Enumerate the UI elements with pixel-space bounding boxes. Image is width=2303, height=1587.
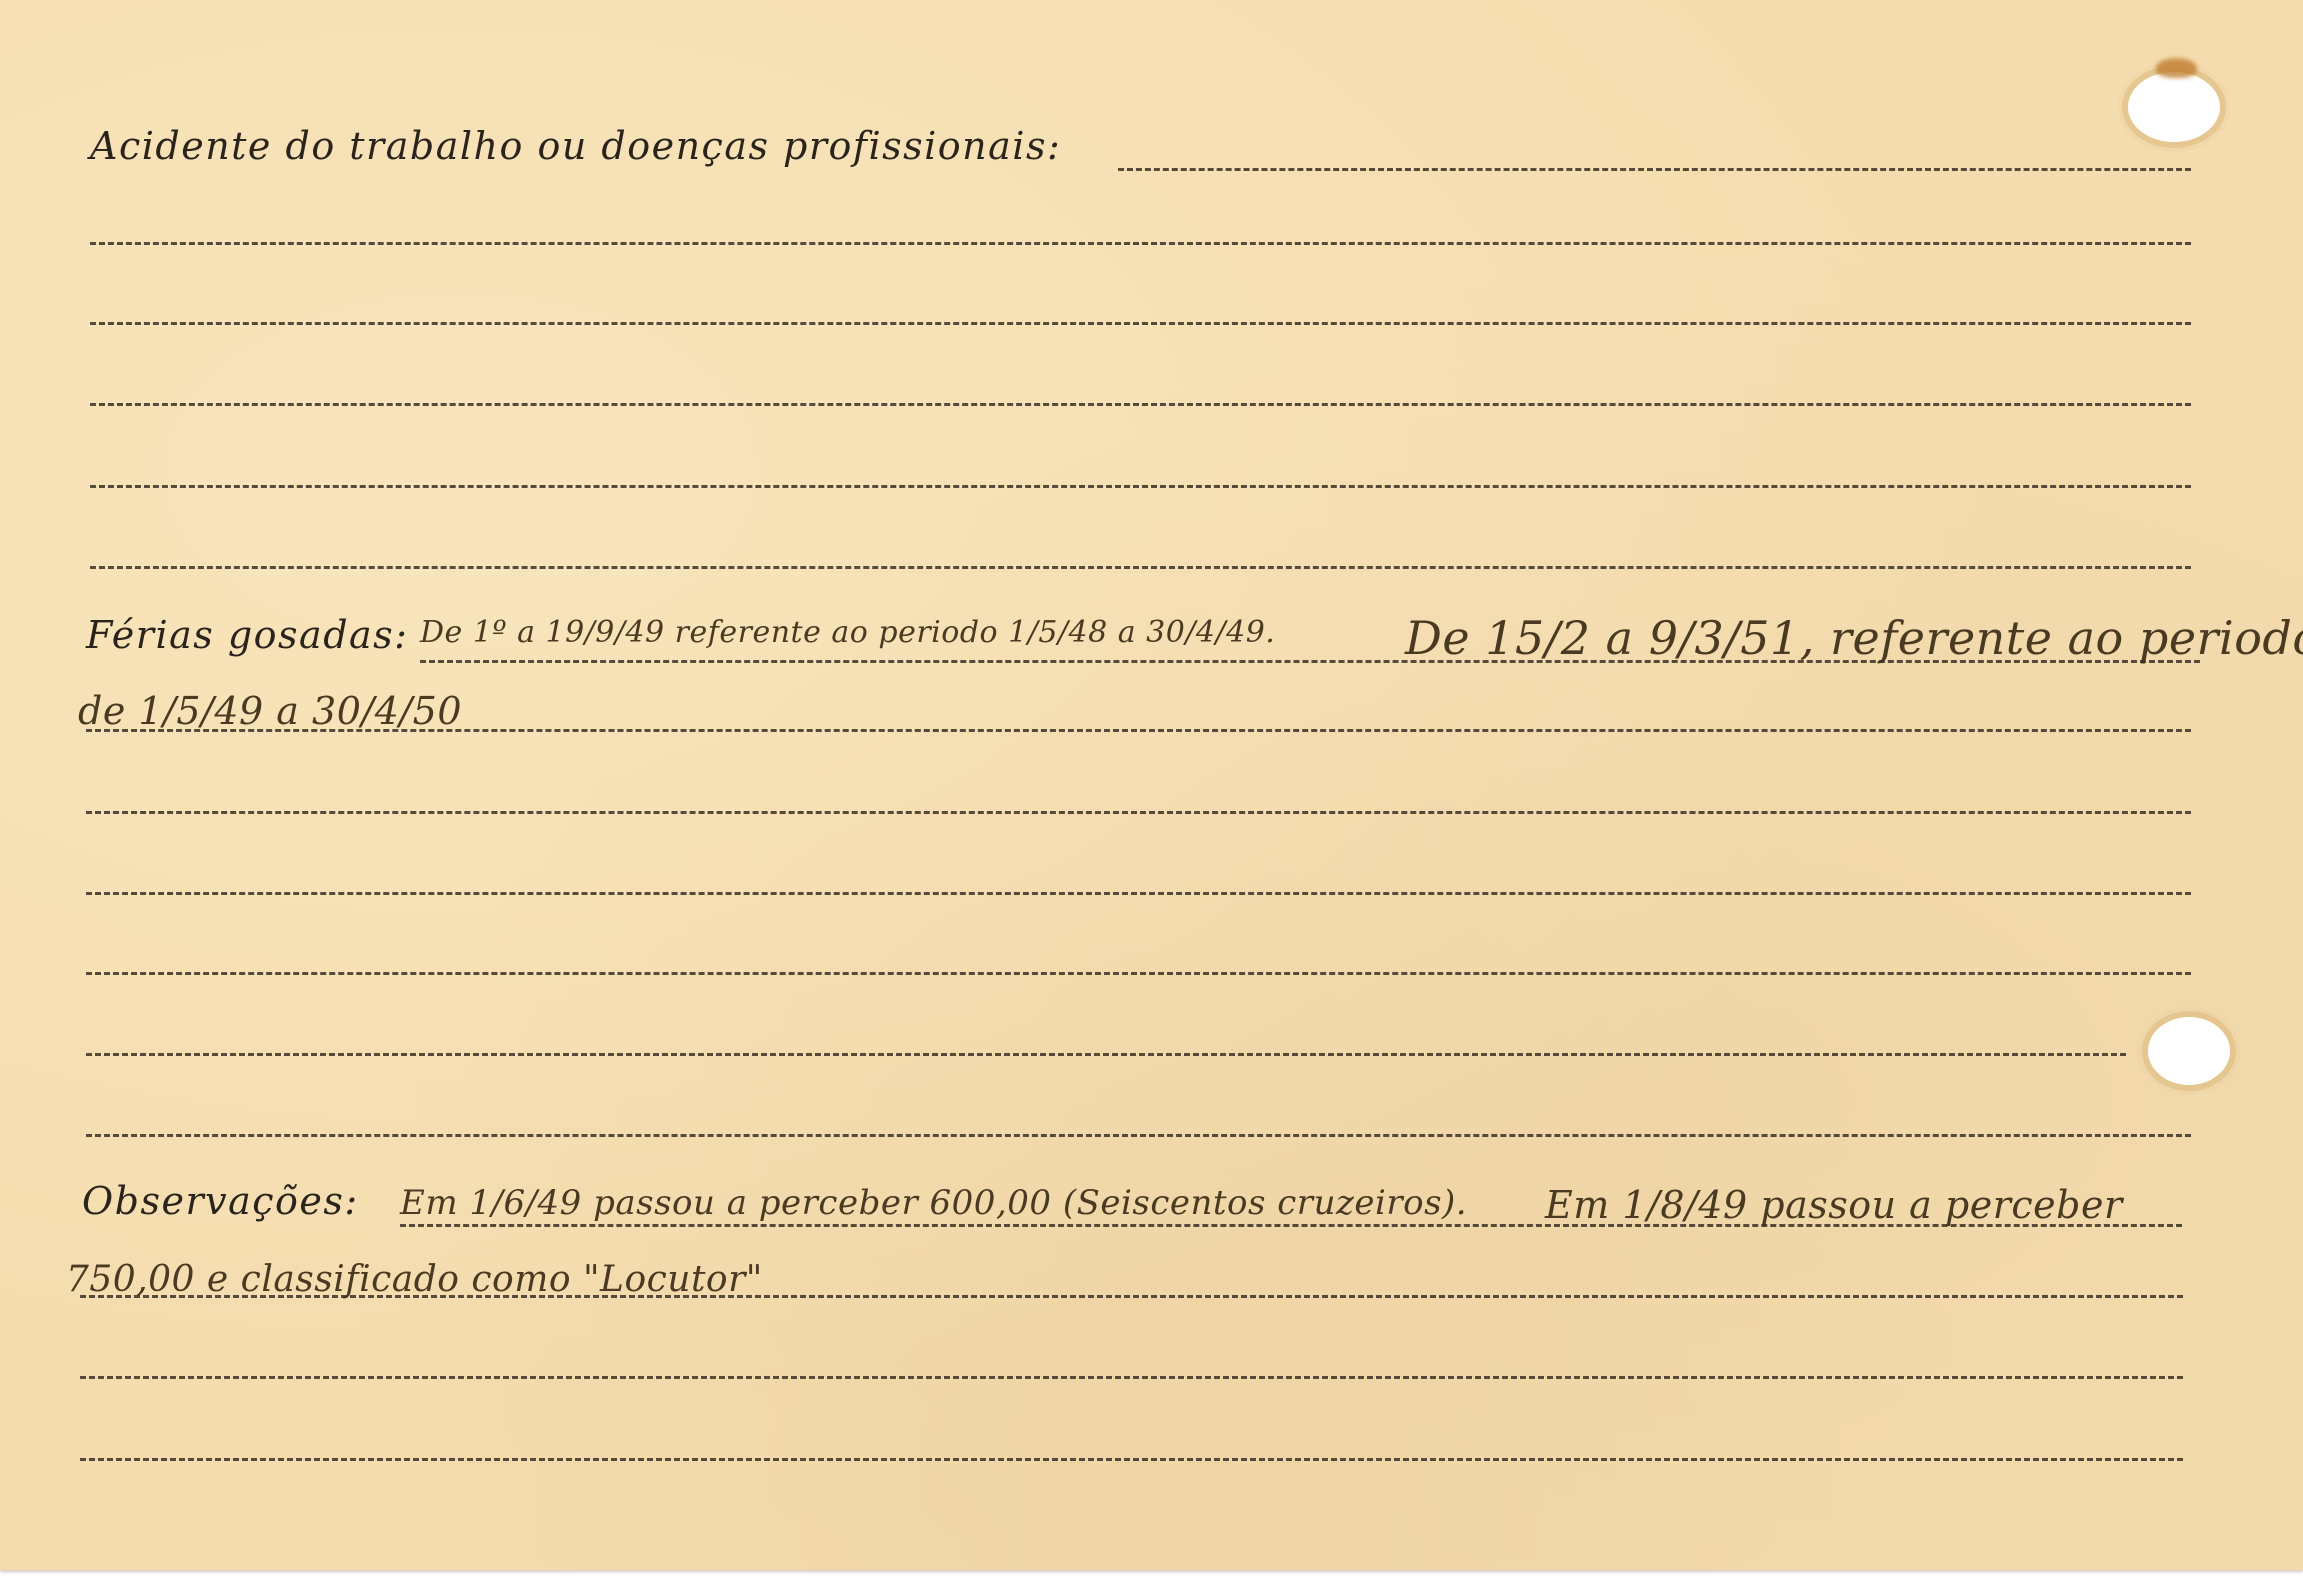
observations-entry-1b: Em 1/8/49 passou a perceber bbox=[1545, 1186, 2123, 1224]
observations-line-4 bbox=[80, 1458, 2183, 1461]
vacations-line-1 bbox=[420, 660, 2200, 663]
vacations-entry-1a: De 1º a 19/9/49 referente ao periodo 1/5… bbox=[420, 618, 1275, 648]
vacations-entry-1b: De 15/2 a 9/3/51, referente ao periodo bbox=[1405, 615, 2303, 661]
observations-label: Observações: bbox=[82, 1182, 359, 1220]
vacations-line-6 bbox=[86, 1053, 2126, 1056]
accidents-line-2 bbox=[90, 242, 2191, 245]
vacations-label: Férias gosadas: bbox=[86, 616, 408, 654]
vacations-line-7 bbox=[86, 1134, 2191, 1137]
accidents-line-5 bbox=[90, 485, 2191, 488]
accidents-label: Acidente do trabalho ou doenças profissi… bbox=[90, 127, 1061, 165]
record-card: Acidente do trabalho ou doenças profissi… bbox=[0, 0, 2303, 1570]
observations-line-2 bbox=[80, 1295, 2183, 1298]
accidents-line-3 bbox=[90, 322, 2191, 325]
vacations-line-4 bbox=[86, 892, 2191, 895]
observations-line-1 bbox=[400, 1224, 2182, 1227]
observations-entry-1a: Em 1/6/49 passou a perceber 600,00 (Seis… bbox=[400, 1186, 1467, 1220]
accidents-line-4 bbox=[90, 403, 2191, 406]
accidents-line-6 bbox=[90, 566, 2191, 569]
punch-hole-top bbox=[2128, 72, 2220, 142]
accidents-line-1 bbox=[1118, 168, 2191, 171]
observations-entry-2: 750,00 e classificado como "Locutor" bbox=[66, 1262, 763, 1298]
punch-hole-middle bbox=[2148, 1017, 2230, 1085]
vacations-entry-2: de 1/5/49 a 30/4/50 bbox=[78, 692, 462, 730]
vacations-line-5 bbox=[86, 972, 2191, 975]
vacations-line-2 bbox=[86, 729, 2191, 732]
vacations-line-3 bbox=[86, 811, 2191, 814]
observations-line-3 bbox=[80, 1376, 2183, 1379]
